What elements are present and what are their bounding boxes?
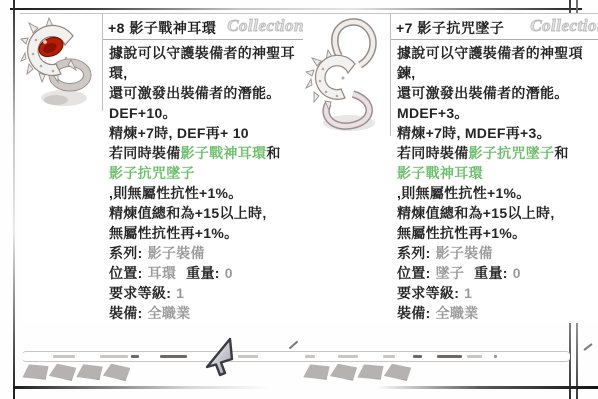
debris-chip <box>102 363 130 382</box>
bar-dash <box>100 355 128 358</box>
equip-value: 全職業 <box>148 305 191 321</box>
linked-item-name[interactable]: 影子抗咒墜子 <box>109 163 305 183</box>
series-line: 系列:影子裝備 <box>109 243 305 263</box>
bar-dash <box>383 355 395 358</box>
frame-line-bottom <box>13 386 598 389</box>
desc-line: 無屬性抗性再+1%。 <box>397 223 598 243</box>
desc-line: 無屬性抗性再+1%。 <box>109 223 305 243</box>
position-label: 位置: <box>397 265 431 281</box>
level-line: 要求等級:1 <box>397 283 598 303</box>
position-label: 位置: <box>109 265 143 281</box>
desc-line: 據說可以守護裝備者的神聖項 <box>397 43 598 63</box>
position-line: 位置:墜子重量:0 <box>397 263 598 283</box>
bar-dash <box>437 355 462 358</box>
desc-line: ,則無屬性抗性+1%。 <box>397 183 598 203</box>
equip-label: 裝備: <box>397 305 431 321</box>
position-value: 墜子 <box>436 265 465 281</box>
desc-line: 還可激發出裝備者的潛能。 <box>109 83 305 103</box>
refine-bonus-line: 精煉+7時, MDEF再+3。 <box>397 123 598 143</box>
set-bonus-line: 若同時裝備影子抗咒墜子和 <box>397 143 598 163</box>
minimized-window-bar <box>22 351 570 362</box>
mouse-cursor <box>203 337 235 379</box>
frame-line-top <box>10 8 582 10</box>
level-line: 要求等級:1 <box>109 283 305 303</box>
refine-bonus-line: 精煉+7時, DEF再+ 10 <box>109 123 305 143</box>
desc-line: 精煉值總和為+15以上時, <box>109 203 305 223</box>
debris-chip <box>21 363 49 382</box>
desc-line: 據說可以守護裝備者的神聖耳 <box>109 43 305 63</box>
series-label: 系列: <box>109 245 143 261</box>
weight-value: 0 <box>225 265 233 281</box>
stat-line: MDEF+3。 <box>397 103 598 123</box>
linked-item-name[interactable]: 影子抗咒墜子 <box>469 145 555 161</box>
level-label: 要求等級: <box>109 285 171 301</box>
level-value: 1 <box>464 285 472 301</box>
collection-watermark: Collection <box>227 16 304 36</box>
item-image-box <box>303 14 391 136</box>
item-image-box <box>20 14 103 111</box>
equip-value: 全職業 <box>436 305 479 321</box>
item-title: +8 影子戰神耳環 <box>108 18 216 38</box>
weight-label: 重量: <box>474 265 508 281</box>
bar-dash <box>467 355 482 358</box>
position-value: 耳環 <box>148 265 177 281</box>
frame-tick-mark <box>583 343 592 351</box>
item-description: 據說可以守護裝備者的神聖項 鍊, 還可激發出裝備者的潛能。 MDEF+3。 精煉… <box>391 40 598 323</box>
item-title: +7 影子抗咒墜子 <box>396 18 504 38</box>
series-label: 系列: <box>397 245 431 261</box>
equip-label: 裝備: <box>109 305 143 321</box>
position-line: 位置:耳環重量:0 <box>109 263 305 283</box>
title-row: +7 影子抗咒墜子 Collection <box>391 14 598 40</box>
bar-dash <box>305 355 315 358</box>
weight-label: 重量: <box>186 265 220 281</box>
level-value: 1 <box>176 285 184 301</box>
equip-line: 裝備:全職業 <box>397 303 598 323</box>
equip-line: 裝備:全職業 <box>109 303 305 323</box>
series-line: 系列:影子裝備 <box>397 243 598 263</box>
debris-chip <box>76 364 104 382</box>
debris-chip <box>384 363 412 381</box>
bar-dash <box>494 355 497 358</box>
set-bonus-line: 若同時裝備影子戰神耳環和 <box>109 143 305 163</box>
bar-dash <box>131 355 139 358</box>
stat-line: DEF+10。 <box>109 103 305 123</box>
frame-line-left <box>13 0 15 399</box>
bar-dash <box>238 355 258 358</box>
title-row: +8 影子戰神耳環 Collection <box>103 14 305 40</box>
pendant-item-icon <box>303 14 390 136</box>
item-tooltip-pendant: +7 影子抗咒墜子 Collection 據說可以守護裝備者的神聖項 鍊, 還可… <box>303 13 598 323</box>
debris-chip <box>330 364 358 382</box>
desc-line: 環, <box>109 63 305 83</box>
earring-item-icon <box>20 14 102 111</box>
weight-value: 0 <box>513 265 521 281</box>
level-label: 要求等級: <box>397 285 459 301</box>
linked-item-name[interactable]: 影子戰神耳環 <box>181 145 267 161</box>
collection-watermark: Collection <box>530 16 598 36</box>
linked-item-name[interactable]: 影子戰神耳環 <box>397 163 598 183</box>
bar-dash <box>160 355 187 358</box>
debris-chip <box>49 363 77 381</box>
desc-line: 鍊, <box>397 63 598 83</box>
desc-line: 精煉值總和為+15以上時, <box>397 203 598 223</box>
item-description: 據說可以守護裝備者的神聖耳 環, 還可激發出裝備者的潛能。 DEF+10。 精煉… <box>103 40 305 323</box>
desc-line: ,則無屬性抗性+1%。 <box>109 183 305 203</box>
debris-chip <box>356 363 384 382</box>
series-value: 影子裝備 <box>148 245 205 261</box>
item-tooltip-earring: +8 影子戰神耳環 Collection 據說可以守護裝備者的神聖耳 環, 還可… <box>20 13 305 323</box>
frame-tick-mark <box>289 341 299 350</box>
debris-chip <box>303 363 331 381</box>
bar-dash <box>338 355 358 358</box>
desc-line: 還可激發出裝備者的潛能。 <box>397 83 598 103</box>
screenshot-root: +8 影子戰神耳環 Collection 據說可以守護裝備者的神聖耳 環, 還可… <box>0 0 598 399</box>
series-value: 影子裝備 <box>436 245 493 261</box>
bar-dash <box>413 355 422 358</box>
bar-dash <box>53 355 75 358</box>
